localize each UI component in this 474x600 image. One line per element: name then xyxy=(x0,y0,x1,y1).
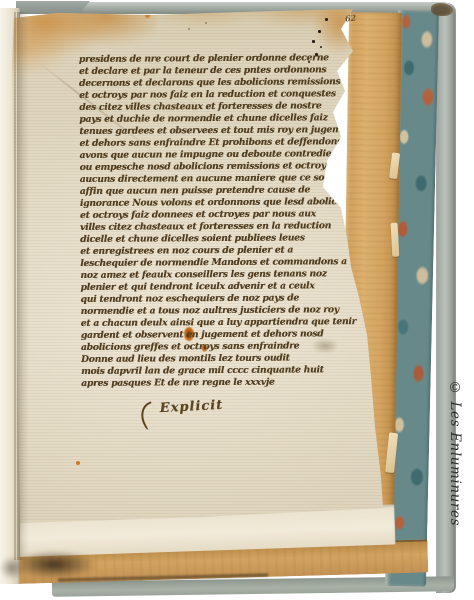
explicit-colophon: Explicit xyxy=(139,398,224,428)
gutter-shadow xyxy=(17,12,29,560)
manuscript-page: presidens de nre court de plenier ordonn… xyxy=(12,9,384,524)
manuscript-text-block: presidens de nre court de plenier ordonn… xyxy=(79,52,359,390)
manuscript-text-line: ignorance Nous volons et ordonnons que l… xyxy=(80,196,358,210)
manuscript-text-line: apres pasques Et de nre regne le xxxvje xyxy=(81,376,359,390)
worm-hole xyxy=(320,46,322,48)
ink-speck xyxy=(205,22,207,24)
manuscript-text-line: gardent et observent en jugement et deho… xyxy=(81,328,359,342)
worm-hole xyxy=(312,40,315,43)
bottom-left-corner-shadow xyxy=(0,557,24,579)
manuscript-text-line: mois dapvril lan de grace mil cccc cinqu… xyxy=(81,364,359,378)
bottom-left-shadow xyxy=(20,551,96,578)
ink-speck xyxy=(188,28,190,30)
gutter-fold-line xyxy=(14,12,16,560)
worn-corner-patch xyxy=(431,3,453,16)
photo-of-manuscript: { "manuscript": { "folio_number": "62", … xyxy=(0,0,474,600)
explicit-word: Explicit xyxy=(159,398,223,416)
worm-hole xyxy=(318,30,321,33)
folio-number: 62 xyxy=(345,12,357,23)
manuscript-text-line: aucuns directement en aucune maniere que… xyxy=(80,172,358,186)
worm-hole xyxy=(325,18,328,21)
torn-paper-curl xyxy=(389,152,400,179)
rust-spot xyxy=(76,461,80,465)
torn-paper-curl xyxy=(391,223,400,257)
copyright-credit: © Les Enluminures xyxy=(447,380,463,600)
manuscript-text-line: noz amez et feaulx conseillers les gens … xyxy=(80,268,358,282)
manuscript-text-line: villes citez chasteaux et forteresses en… xyxy=(80,220,358,234)
